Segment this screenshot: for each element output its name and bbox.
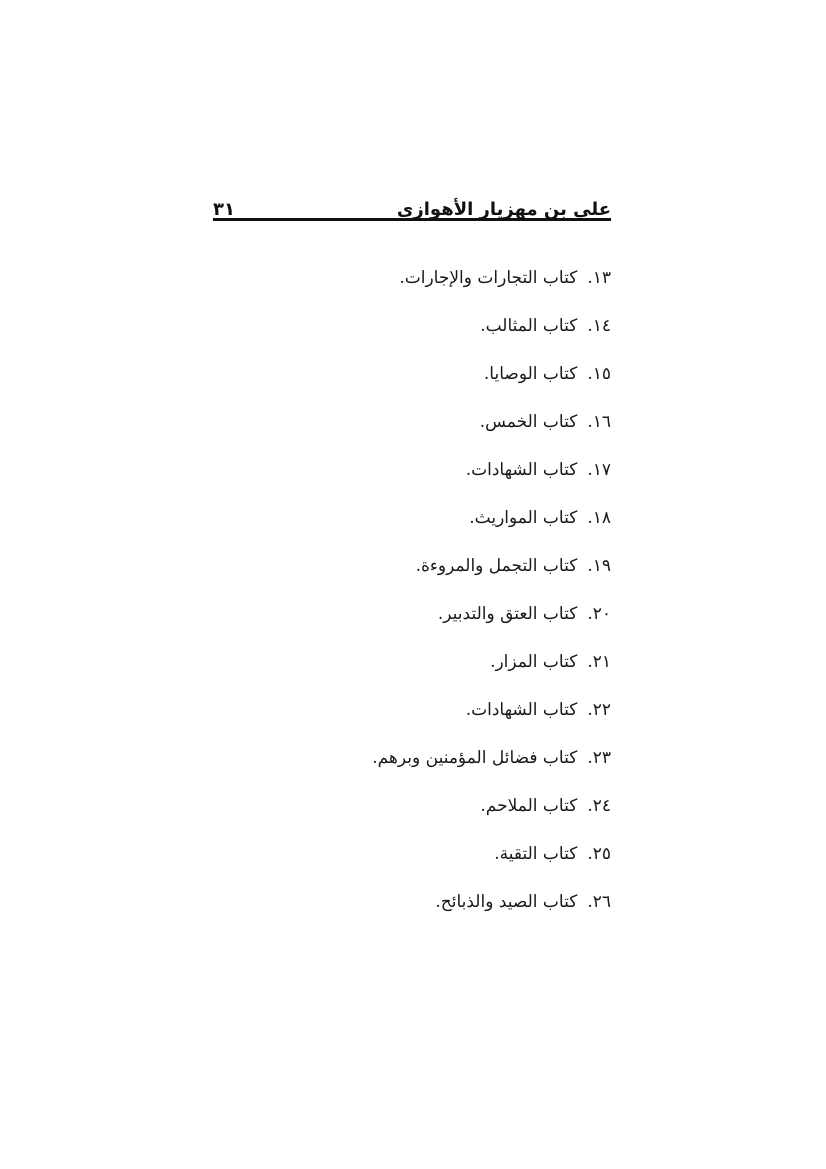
item-number: ١٦.	[587, 410, 611, 434]
item-number: ١٨.	[587, 506, 611, 530]
item-text: كتاب الشهادات.	[466, 698, 578, 722]
list-item: ١٥. كتاب الوصايا.	[372, 350, 611, 398]
list-item: ٢١. كتاب المزار.	[372, 638, 611, 686]
item-number: ٢٠.	[587, 602, 611, 626]
running-header: علي بن مهزيار الأهوازي ٣١	[213, 193, 611, 221]
item-text: كتاب التقية.	[494, 842, 577, 866]
item-number: ٢٢.	[587, 698, 611, 722]
item-text: كتاب العتق والتدبير.	[438, 602, 577, 626]
list-item: ١٩. كتاب التجمل والمروءة.	[372, 542, 611, 590]
item-text: كتاب الصيد والذبائح.	[435, 890, 577, 914]
list-item: ١٧. كتاب الشهادات.	[372, 446, 611, 494]
item-text: كتاب فضائل المؤمنين وبرهم.	[372, 746, 577, 770]
item-text: كتاب الملاحم.	[480, 794, 577, 818]
item-number: ٢٤.	[587, 794, 611, 818]
list-item: ١٤. كتاب المثالب.	[372, 302, 611, 350]
item-text: كتاب المزار.	[490, 650, 577, 674]
item-number: ١٥.	[587, 362, 611, 386]
item-number: ٢٣.	[587, 746, 611, 770]
list-item: ٢٢. كتاب الشهادات.	[372, 686, 611, 734]
item-text: كتاب المواريث.	[469, 506, 577, 530]
item-number: ١٧.	[587, 458, 611, 482]
list-item: ٢٦. كتاب الصيد والذبائح.	[372, 878, 611, 926]
list-item: ١٨. كتاب المواريث.	[372, 494, 611, 542]
list-item: ٢٣. كتاب فضائل المؤمنين وبرهم.	[372, 734, 611, 782]
list-item: ١٦. كتاب الخمس.	[372, 398, 611, 446]
item-text: كتاب المثالب.	[480, 314, 577, 338]
item-number: ١٤.	[587, 314, 611, 338]
item-number: ٢٦.	[587, 890, 611, 914]
item-text: كتاب الشهادات.	[466, 458, 578, 482]
list-item: ١٣. كتاب التجارات والإجارات.	[372, 254, 611, 302]
header-divider	[213, 218, 611, 221]
book-list: ١٣. كتاب التجارات والإجارات. ١٤. كتاب ال…	[372, 254, 611, 926]
item-number: ١٩.	[587, 554, 611, 578]
item-number: ٢١.	[587, 650, 611, 674]
item-text: كتاب الخمس.	[480, 410, 578, 434]
list-item: ٢٤. كتاب الملاحم.	[372, 782, 611, 830]
item-number: ١٣.	[587, 266, 611, 290]
list-item: ٢٥. كتاب التقية.	[372, 830, 611, 878]
document-page: علي بن مهزيار الأهوازي ٣١ ١٣. كتاب التجا…	[0, 0, 826, 1169]
item-text: كتاب التجمل والمروءة.	[416, 554, 578, 578]
list-item: ٢٠. كتاب العتق والتدبير.	[372, 590, 611, 638]
item-text: كتاب الوصايا.	[484, 362, 577, 386]
item-text: كتاب التجارات والإجارات.	[399, 266, 577, 290]
item-number: ٢٥.	[587, 842, 611, 866]
